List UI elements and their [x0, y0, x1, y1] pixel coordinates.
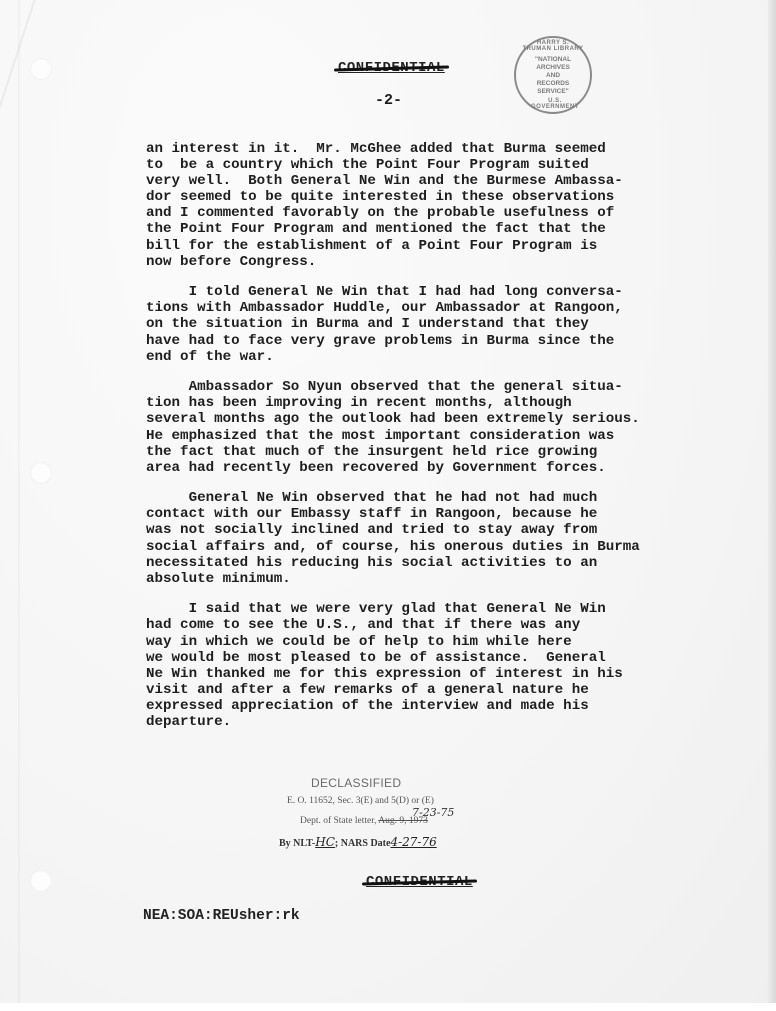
page-edge [0, 1003, 776, 1011]
text-line: absolute minimum. [146, 571, 746, 587]
text-line: expressed appreciation of the interview … [146, 698, 746, 714]
reference-initials: NEA:SOA:REUsher:rk [143, 908, 300, 924]
text-line: I said that we were very glad that Gener… [146, 601, 746, 617]
text-line: area had recently been recovered by Gove… [146, 460, 746, 476]
handwritten-date: 7-23-75 [412, 806, 454, 819]
text-line: departure. [146, 714, 746, 730]
handwritten-nars-date: 4-27-76 [390, 835, 436, 849]
nars-label: ; NARS Date [335, 838, 391, 849]
dept-state-letter-line: Dept. of State letter, Aug. 9, 1973 [300, 816, 428, 826]
memo-body: an interest in it. Mr. McGhee added that… [146, 141, 746, 745]
page-number: -2- [375, 92, 402, 109]
text-line: Ambassador So Nyun observed that the gen… [146, 379, 746, 395]
stamp-rim-top: HARRY S. TRUMAN LIBRARY [522, 40, 584, 52]
stamp-line: SERVICE" [530, 88, 576, 96]
text-line: dor seemed to be quite interested in the… [146, 189, 746, 205]
text-line: visit and after a few remarks of a gener… [146, 682, 746, 698]
text-line: the fact that much of the insurgent held… [146, 444, 746, 460]
paragraph: General Ne Win observed that he had not … [146, 490, 746, 587]
dept-label: Dept. of State letter, [300, 816, 376, 826]
text-line: the Point Four Program and mentioned the… [146, 221, 746, 237]
declassified-title: DECLASSIFIED [311, 776, 401, 790]
text-line: He emphasized that the most important co… [146, 428, 746, 444]
stamp-line: "NATIONAL [530, 56, 576, 64]
paragraph: Ambassador So Nyun observed that the gen… [146, 379, 746, 476]
text-line: now before Congress. [146, 254, 746, 270]
stamp-inner-text: "NATIONAL ARCHIVES AND RECORDS SERVICE" [530, 56, 576, 96]
text-line: several months ago the outlook had been … [146, 411, 746, 427]
text-line: necessitated his reducing his social act… [146, 555, 746, 571]
paragraph: I said that we were very glad that Gener… [146, 601, 746, 730]
text-line: to be a country which the Point Four Pro… [146, 157, 746, 173]
text-line: end of the war. [146, 349, 746, 365]
handwritten-initials: HC [315, 835, 335, 849]
stamp-line: RECORDS [530, 80, 576, 88]
by-label: By NLT- [279, 838, 315, 849]
document-page: CONFIDENTIAL -2- HARRY S. TRUMAN LIBRARY… [0, 0, 776, 1011]
punch-hole [30, 462, 52, 484]
nlt-nars-line: By NLT-HC; NARS Date4-27-76 [279, 835, 437, 849]
punch-hole [30, 58, 52, 80]
stamp-rim-bottom: U.S. GOVERNMENT [526, 98, 584, 110]
punch-hole [30, 870, 52, 892]
text-line: way in which we could be of help to him … [146, 634, 746, 650]
text-line: tion has been improving in recent months… [146, 395, 746, 411]
text-line: had come to see the U.S., and that if th… [146, 617, 746, 633]
classification-marking-top: CONFIDENTIAL [338, 60, 445, 76]
executive-order-line: E. O. 11652, Sec. 3(E) and 5(D) or (E) [287, 796, 434, 806]
paragraph: an interest in it. Mr. McGhee added that… [146, 141, 746, 270]
text-line: was not socially inclined and tried to s… [146, 522, 746, 538]
text-line: I told General Ne Win that I had had lon… [146, 284, 746, 300]
paragraph: I told General Ne Win that I had had lon… [146, 284, 746, 364]
text-line: have had to face very grave problems in … [146, 333, 746, 349]
page-edge [768, 0, 776, 1011]
text-line: we would be most pleased to be of assist… [146, 650, 746, 666]
archives-stamp: HARRY S. TRUMAN LIBRARY "NATIONAL ARCHIV… [514, 36, 592, 114]
stamp-line: ARCHIVES AND [530, 64, 576, 80]
classification-marking-bottom: CONFIDENTIAL [366, 874, 473, 890]
text-line: tions with Ambassador Huddle, our Ambass… [146, 300, 746, 316]
text-line: an interest in it. Mr. McGhee added that… [146, 141, 746, 157]
text-line: bill for the establishment of a Point Fo… [146, 238, 746, 254]
text-line: very well. Both General Ne Win and the B… [146, 173, 746, 189]
text-line: on the situation in Burma and I understa… [146, 316, 746, 332]
text-line: and I commented favorably on the probabl… [146, 205, 746, 221]
text-line: Ne Win thanked me for this expression of… [146, 666, 746, 682]
text-line: General Ne Win observed that he had not … [146, 490, 746, 506]
page-fold [18, 0, 21, 1011]
text-line: contact with our Embassy staff in Rangoo… [146, 506, 746, 522]
text-line: social affairs and, of course, his onero… [146, 539, 746, 555]
